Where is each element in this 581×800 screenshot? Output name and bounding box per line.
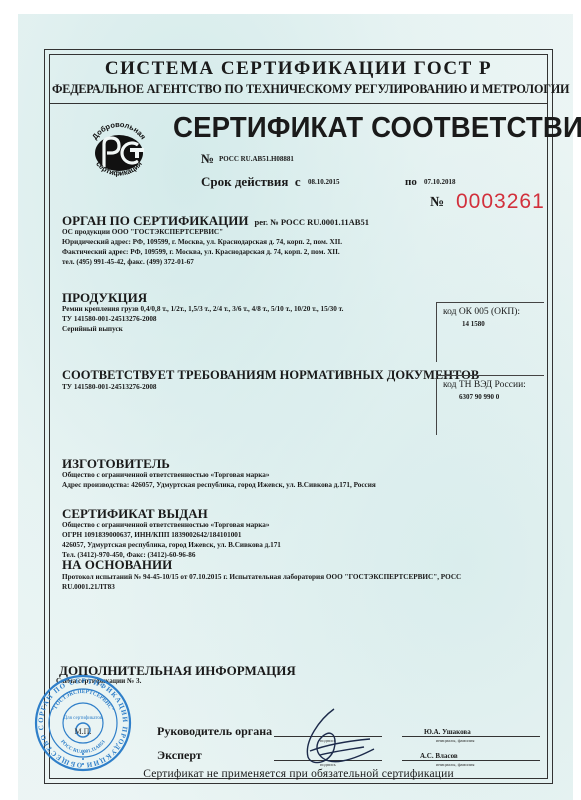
expert-name-line — [402, 760, 540, 761]
tnved-code-box: код ТН ВЭД России: 6307 90 990 0 — [436, 375, 544, 435]
certification-body-lines: ОС продукции ООО "ГОСТЭКСПЕРТСЕРВИС" Юри… — [62, 227, 342, 267]
basis-heading: НА ОСНОВАНИИ — [62, 557, 172, 573]
rst-logo-icon: Добровольная сертификация — [86, 118, 152, 184]
issued-to-line: ОГРН 1091839000637, ИНН/КПП 1839002642/1… — [62, 530, 281, 540]
okp-code-label: код ОК 005 (ОКП): — [443, 307, 520, 317]
conformity-line: ТУ 141580-001-24513276-2008 — [62, 382, 157, 392]
tnved-code-value: 6307 90 990 0 — [459, 393, 499, 401]
tnved-code-label: код ТН ВЭД России: — [443, 380, 526, 390]
conformity-heading: СООТВЕТСТВУЕТ ТРЕБОВАНИЯМ НОРМАТИВНЫХ ДО… — [62, 368, 479, 383]
footer-note: Сертификат не применяется при обязательн… — [52, 768, 545, 780]
serial-number: 0003261 — [456, 190, 545, 214]
svg-text:"ГОСТЭКСПЕРТСЕРВИС": "ГОСТЭКСПЕРТСЕРВИС" — [52, 689, 115, 713]
certificate-title: СЕРТИФИКАТ СООТВЕТСТВИЯ — [173, 112, 581, 145]
head-name-line — [402, 736, 540, 737]
okp-code-box: код ОК 005 (ОКП): 14 1580 — [436, 302, 544, 362]
manufacturer-line: Адрес производства: 426057, Удмуртская р… — [62, 480, 376, 490]
head-name-caption: инициалы, фамилия — [436, 738, 475, 743]
header-divider — [49, 103, 548, 104]
product-line: Серийный выпуск — [62, 324, 343, 334]
issued-to-line: 426057, Удмуртская республика, город Иже… — [62, 540, 281, 550]
svg-text:М.П.: М.П. — [75, 727, 92, 736]
head-of-body-label: Руководитель органа — [157, 724, 272, 739]
validity-label: Срок действия с — [201, 174, 301, 190]
product-line: Ремни крепления грузв 0,4/0,8 т., 1/2т.,… — [62, 304, 343, 314]
certification-body-line: тел. (495) 991-45-42, факс. (499) 372-01… — [62, 257, 342, 267]
manufacturer-lines: Общество с ограниченной ответственностью… — [62, 470, 376, 490]
product-lines: Ремни крепления грузв 0,4/0,8 т., 1/2т.,… — [62, 304, 343, 334]
expert-name: А.С. Власов — [420, 752, 458, 760]
certification-body-heading: ОРГАН ПО СЕРТИФИКАЦИИ — [62, 213, 249, 228]
registration-number: РОСС RU.АВ51.Н08881 — [219, 155, 294, 163]
okp-code-value: 14 1580 — [462, 320, 485, 328]
valid-from: 08.10.2015 — [308, 178, 340, 186]
basis-line: RU.0001.21ЛТ83 — [62, 582, 461, 592]
certification-body-reg: рег. № РОСС RU.0001.11АВ51 — [255, 217, 369, 227]
basis-lines: Протокол испытаний № 94-45-10/15 от 07.1… — [62, 572, 461, 592]
product-line: ТУ 141580-001-24513276-2008 — [62, 314, 343, 324]
agency-name: ФЕДЕРАЛЬНОЕ АГЕНТСТВО ПО ТЕХНИЧЕСКОМУ РЕ… — [52, 82, 545, 97]
handwritten-signature-icon — [290, 705, 380, 770]
round-seal-stamp-icon: ОРГАН ПО СЕРТИФИКАЦИИ ПРОДУКЦИИ ОБЩЕСТВО… — [34, 674, 132, 772]
certification-body-line: Фактический адрес: РФ, 109599, г. Москва… — [62, 247, 342, 257]
manufacturer-line: Общество с ограниченной ответственностью… — [62, 470, 376, 480]
issued-to-line: Общество с ограниченной ответственностью… — [62, 520, 281, 530]
head-name: Ю.А. Ушакова — [424, 728, 471, 736]
expert-name-caption: инициалы, фамилия — [436, 762, 475, 767]
certification-body-line: Юридический адрес: РФ, 109599, г. Москва… — [62, 237, 342, 247]
svg-text:Для сертификатов: Для сертификатов — [64, 716, 103, 721]
issued-to-lines: Общество с ограниченной ответственностью… — [62, 520, 281, 560]
basis-line: Протокол испытаний № 94-45-10/15 от 07.1… — [62, 572, 461, 582]
registration-number-label: № — [201, 151, 214, 167]
valid-to-label: по — [405, 176, 417, 188]
valid-to: 07.10.2018 — [424, 178, 456, 186]
system-title: СИСТЕМА СЕРТИФИКАЦИИ ГОСТ Р — [0, 58, 581, 80]
certification-body-line: ОС продукции ООО "ГОСТЭКСПЕРТСЕРВИС" — [62, 227, 342, 237]
serial-number-label: № — [430, 195, 444, 211]
expert-label: Эксперт — [157, 748, 202, 763]
